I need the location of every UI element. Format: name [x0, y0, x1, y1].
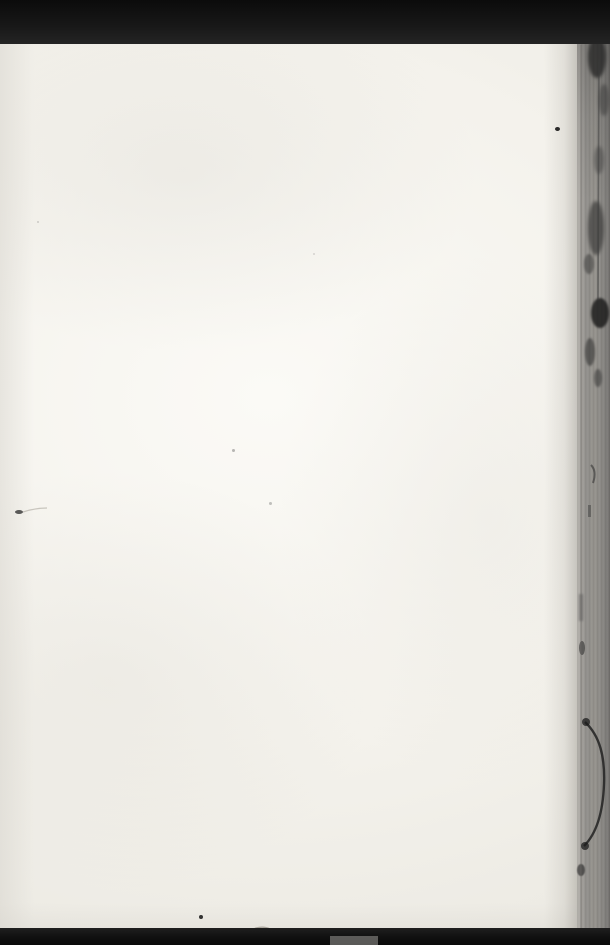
ink-speck [555, 127, 560, 131]
ink-speck [15, 510, 23, 514]
ink-speck [313, 253, 315, 255]
ink-speck-layer [0, 0, 610, 945]
scanned-book-page [0, 0, 610, 945]
scan-bottom-edge-worn-patch [330, 936, 378, 945]
scan-bottom-edge [0, 928, 610, 945]
ink-speck [269, 502, 272, 505]
scan-top-edge [0, 0, 610, 44]
ink-speck [199, 915, 203, 919]
ink-speck [232, 449, 235, 452]
ink-speck [37, 221, 39, 223]
